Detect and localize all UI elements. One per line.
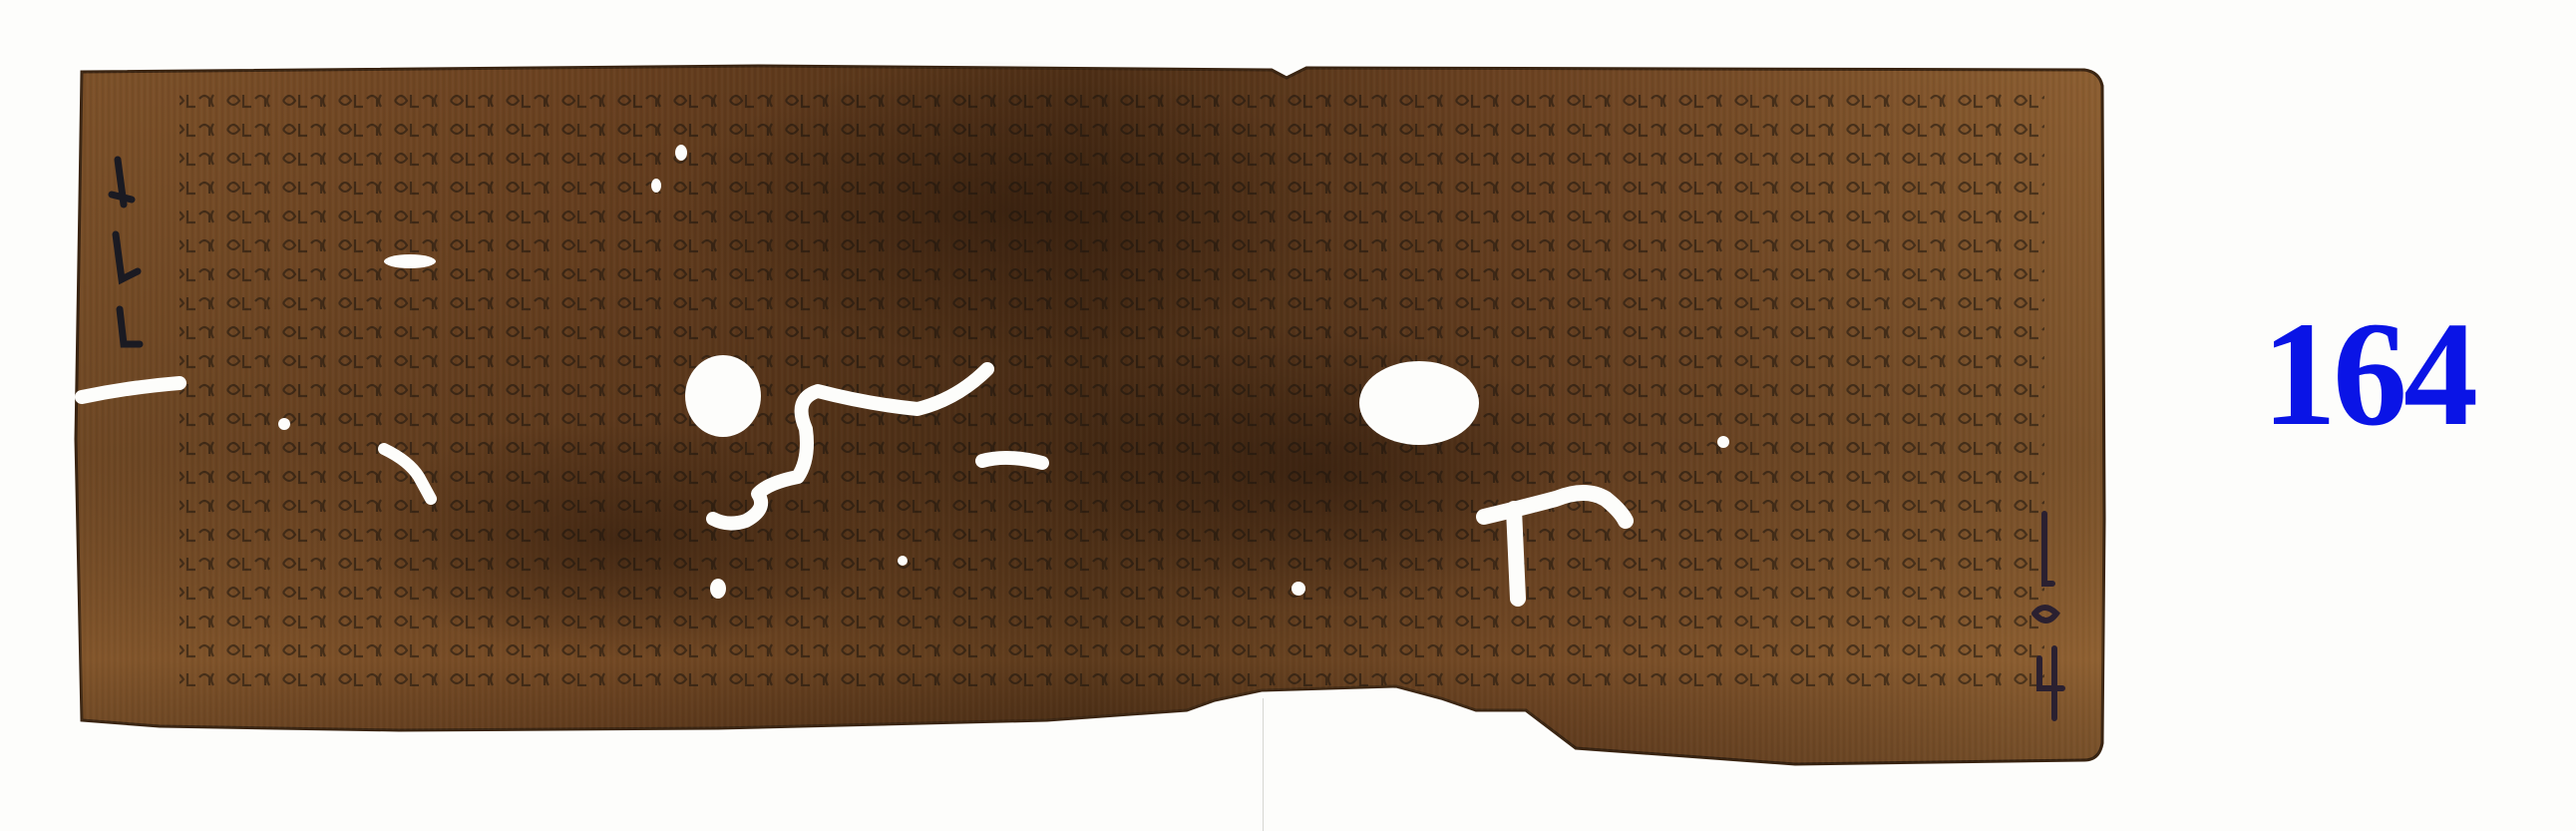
left-string-hole <box>685 355 761 437</box>
palm-leaf <box>0 0 2576 831</box>
manuscript-scan: 164 <box>0 0 2576 831</box>
manuscript-text <box>180 88 2044 686</box>
folio-number: 164 <box>2262 299 2474 449</box>
right-string-hole <box>1359 361 1479 445</box>
scan-seam <box>1263 698 1264 831</box>
